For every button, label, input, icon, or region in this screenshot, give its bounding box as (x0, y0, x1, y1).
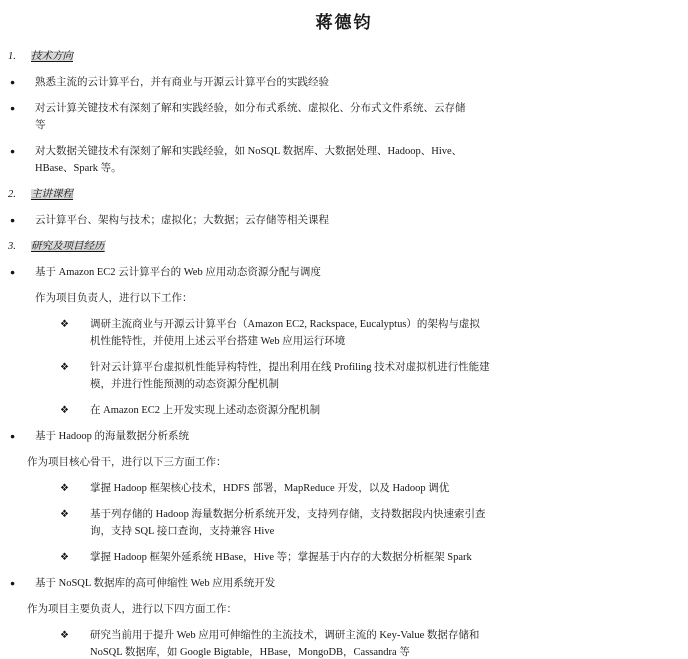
paragraph-text: 作为项目核心骨干，进行以下三方面工作： (27, 454, 227, 471)
diamond-bullet-icon: ❖ (60, 549, 90, 566)
section-heading-row-1: 1.技术方向 (8, 48, 662, 65)
bullet-icon: ● (10, 74, 35, 91)
bullet-icon: ● (10, 143, 35, 177)
paragraph-text: 作为项目负责人，进行以下工作： (35, 290, 193, 307)
paragraph: 作为项目负责人，进行以下工作： (35, 290, 662, 307)
sub-list-item: ❖ 研究当前用于提升 Web 应用可伸缩性的主流技术，调研主流的 Key-Val… (0, 627, 662, 659)
sub-list-item-text: 基于列存储的 Hadoop 海量数据分析系统开发，支持列存储，支持数据段内快速索… (90, 506, 486, 540)
bullet-icon: ● (10, 100, 35, 134)
section-number: 1. (8, 48, 31, 65)
sub-list-item: ❖ 掌握 Hadoop 框架外延系统 HBase，Hive 等；掌握基于内存的大… (0, 549, 662, 566)
list-item: ● 熟悉主流的云计算平台，并有商业与开源云计算平台的实践经验 (0, 74, 662, 91)
list-item: ● 对大数据关键技术有深刻了解和实践经验，如 NoSQL 数据库、大数据处理、H… (0, 143, 662, 177)
sub-list-item-text: 掌握 Hadoop 框架核心技术，HDFS 部署，MapReduce 开发，以及… (90, 480, 449, 497)
sub-list-item: ❖ 基于列存储的 Hadoop 海量数据分析系统开发，支持列存储，支持数据段内快… (0, 506, 662, 540)
paragraph: 作为项目核心骨干，进行以下三方面工作： (27, 454, 662, 471)
list-item: ● 基于 Amazon EC2 云计算平台的 Web 应用动态资源分配与调度 (0, 264, 662, 281)
diamond-bullet-icon: ❖ (60, 359, 90, 393)
document-content: 1.技术方向 ● 熟悉主流的云计算平台，并有商业与开源云计算平台的实践经验 ● … (0, 48, 688, 659)
sub-list-item-text: 针对云计算平台虚拟机性能异构特性，提出利用在线 Profiling 技术对虚拟机… (90, 359, 490, 393)
diamond-bullet-icon: ❖ (60, 506, 90, 540)
list-item-text: 对云计算关键技术有深刻了解和实践经验，如分布式系统、虚拟化、分布式文件系统、云存… (35, 100, 466, 134)
list-item-text: 云计算平台、架构与技术；虚拟化；大数据；云存储等相关课程 (35, 212, 329, 229)
paragraph: 作为项目主要负责人，进行以下四方面工作： (27, 601, 662, 618)
document-page: 蒋德钧 1.技术方向 ● 熟悉主流的云计算平台，并有商业与开源云计算平台的实践经… (0, 0, 688, 659)
sub-list-item-text: 掌握 Hadoop 框架外延系统 HBase，Hive 等；掌握基于内存的大数据… (90, 549, 472, 566)
sub-list-item: ❖ 掌握 Hadoop 框架核心技术，HDFS 部署，MapReduce 开发，… (0, 480, 662, 497)
bullet-icon: ● (10, 264, 35, 281)
sub-list-item: ❖ 针对云计算平台虚拟机性能异构特性，提出利用在线 Profiling 技术对虚… (0, 359, 662, 393)
diamond-bullet-icon: ❖ (60, 627, 90, 659)
section-title: 研究及项目经历 (31, 241, 105, 252)
list-item: ● 云计算平台、架构与技术；虚拟化；大数据；云存储等相关课程 (0, 212, 662, 229)
sub-list-item-text: 在 Amazon EC2 上开发实现上述动态资源分配机制 (90, 402, 320, 419)
bullet-icon: ● (10, 428, 35, 445)
document-title: 蒋德钧 (0, 13, 688, 33)
section-title: 主讲课程 (31, 189, 73, 200)
list-item-text: 基于 Amazon EC2 云计算平台的 Web 应用动态资源分配与调度 (35, 264, 321, 281)
diamond-bullet-icon: ❖ (60, 316, 90, 350)
section-heading-row-2: 2.主讲课程 (8, 186, 662, 203)
bullet-icon: ● (10, 212, 35, 229)
section-title: 技术方向 (31, 51, 73, 62)
list-item-text: 基于 Hadoop 的海量数据分析系统 (35, 428, 189, 445)
section-number: 3. (8, 238, 31, 255)
list-item: ● 基于 NoSQL 数据库的高可伸缩性 Web 应用系统开发 (0, 575, 662, 592)
bullet-icon: ● (10, 575, 35, 592)
sub-list-item: ❖ 调研主流商业与开源云计算平台（Amazon EC2, Rackspace, … (0, 316, 662, 350)
sub-list-item: ❖ 在 Amazon EC2 上开发实现上述动态资源分配机制 (0, 402, 662, 419)
section-number: 2. (8, 186, 31, 203)
list-item-text: 基于 NoSQL 数据库的高可伸缩性 Web 应用系统开发 (35, 575, 275, 592)
paragraph-text: 作为项目主要负责人，进行以下四方面工作： (27, 601, 237, 618)
list-item-text: 熟悉主流的云计算平台，并有商业与开源云计算平台的实践经验 (35, 74, 329, 91)
list-item-text: 对大数据关键技术有深刻了解和实践经验，如 NoSQL 数据库、大数据处理、Had… (35, 143, 462, 177)
list-item: ● 基于 Hadoop 的海量数据分析系统 (0, 428, 662, 445)
sub-list-item-text: 调研主流商业与开源云计算平台（Amazon EC2, Rackspace, Eu… (90, 316, 480, 350)
list-item: ● 对云计算关键技术有深刻了解和实践经验，如分布式系统、虚拟化、分布式文件系统、… (0, 100, 662, 134)
section-heading-row-3: 3.研究及项目经历 (8, 238, 662, 255)
sub-list-item-text: 研究当前用于提升 Web 应用可伸缩性的主流技术，调研主流的 Key-Value… (90, 627, 479, 659)
diamond-bullet-icon: ❖ (60, 480, 90, 497)
diamond-bullet-icon: ❖ (60, 402, 90, 419)
